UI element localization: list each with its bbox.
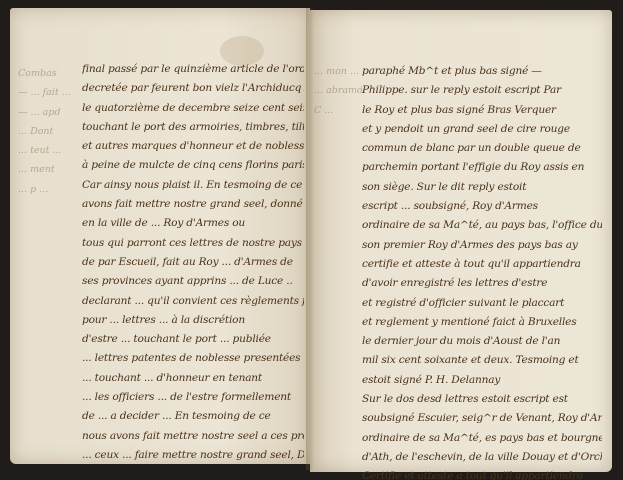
left-page-text: final passé par le quinzième article de … [82,60,304,465]
book-gutter [306,8,314,470]
manuscript-line: et reglement y mentioné faict à Bruxelle… [362,313,602,332]
bleed-line: C ... [314,101,362,120]
manuscript-line: son siège. Sur le dit reply estoit [362,178,602,197]
left-page: Combas — ... fait ... — ... apd ... Dont… [10,8,310,464]
manuscript-line: et registré d'officier suivant le placca… [362,294,602,313]
bleed-line: — ... fait ... [18,83,82,102]
manuscript-line: ... lettres patentes de noblesse present… [82,349,304,368]
bleed-line: ... teut ... [18,141,82,160]
manuscript-line: declarant ... qu'il convient ces règleme… [82,292,304,311]
manuscript-line: estoit signé P. H. Delannay [362,371,602,390]
manuscript-line: et y pendoit un grand seel de cire rouge [362,120,602,139]
manuscript-line: de ... a decider ... En tesmoing de ce [82,407,304,426]
bleed-line: ... abramd [314,81,362,100]
manuscript-line: ordinaire de sa Ma^té, au pays bas, l'of… [362,216,602,235]
manuscript-line: en la ville de ... Roy d'Armes ou [82,214,304,233]
manuscript-line: commun de blanc par un double queue de [362,139,602,158]
manuscript-line: ... les officiers ... de l'estre formell… [82,388,304,407]
bleed-line: ... p ... [18,180,82,199]
manuscript-line: certifie et atteste à tout qu'il apparti… [362,255,602,274]
manuscript-line: ordinaire de sa Ma^té, es pays bas et bo… [362,429,602,448]
bleed-line: ... Dont [18,122,82,141]
manuscript-line: tous qui parront ces lettres de nostre p… [82,234,304,253]
manuscript-line: d'Ath, de l'eschevin, de la ville Douay … [362,448,602,467]
manuscript-line: escript ... soubsigné, Roy d'Armes [362,197,602,216]
right-margin-bleed: ... mon ... ... abramd C ... [314,62,362,120]
manuscript-line: Car ainsy nous plaist il. En tesmoing de… [82,176,304,195]
manuscript-line: le Roy et plus bas signé Bras Verquer [362,101,602,120]
manuscript-line: pour ... lettres ... à la discrétion [82,311,304,330]
manuscript-line: ... touchant ... d'honneur en tenant [82,369,304,388]
bleed-line: Combas [18,64,82,83]
manuscript-line: Sur le dos desd lettres estoit escript e… [362,390,602,409]
manuscript-line: soubsigné Escuier, seig^r de Venant, Roy… [362,409,602,428]
manuscript-line: avons fait mettre nostre grand seel, don… [82,195,304,214]
manuscript-line: mil six cent soixante et deux. Tesmoing … [362,351,602,370]
manuscript-line: nous avons fait mettre nostre seel a ces… [82,427,304,446]
manuscript-line: ... ceux ... faire mettre nostre grand s… [82,446,304,465]
manuscript-line: touchant le port des armoiries, timbres,… [82,118,304,137]
manuscript-line: Philippe. sur le reply estoit escript Pa… [362,81,602,100]
manuscript-line: d'estre ... touchant le port ... publiée [82,330,304,349]
manuscript-line: de par Escueil, fait au Roy ... d'Armes … [82,253,304,272]
bleed-line: ... ment [18,160,82,179]
manuscript-line: à peine de mulcte de cinq cens florins p… [82,156,304,175]
manuscript-line: le quatorzième de decembre seize cent se… [82,99,304,118]
bleed-line: — ... apd [18,103,82,122]
manuscript-line: d'avoir enregistré les lettres d'estre [362,274,602,293]
bleed-line: ... mon ... [314,62,362,81]
manuscript-line: le dernier jour du mois d'Aoust de l'an [362,332,602,351]
manuscript-line: paraphé Mb^t et plus bas signé — [362,62,602,81]
left-margin-bleed: Combas — ... fait ... — ... apd ... Dont… [18,64,82,199]
manuscript-line: final passé par le quinzième article de … [82,60,304,79]
manuscript-line: parchemin portant l'effigie du Roy assis… [362,158,602,177]
manuscript-line: ses provinces ayant apprins ... de Luce … [82,272,304,291]
manuscript-line: son premier Roy d'Armes des pays bas ay [362,236,602,255]
right-page: ... mon ... ... abramd C ... paraphé Mb^… [310,10,612,472]
manuscript-line: decretée par feurent bon vielz l'Archidu… [82,79,304,98]
manuscript-line: Certifie et atteste a tout qu'il apparti… [362,467,602,480]
right-page-text: paraphé Mb^t et plus bas signé — Philipp… [362,62,602,480]
manuscript-line: et autres marques d'honneur et de nobles… [82,137,304,156]
